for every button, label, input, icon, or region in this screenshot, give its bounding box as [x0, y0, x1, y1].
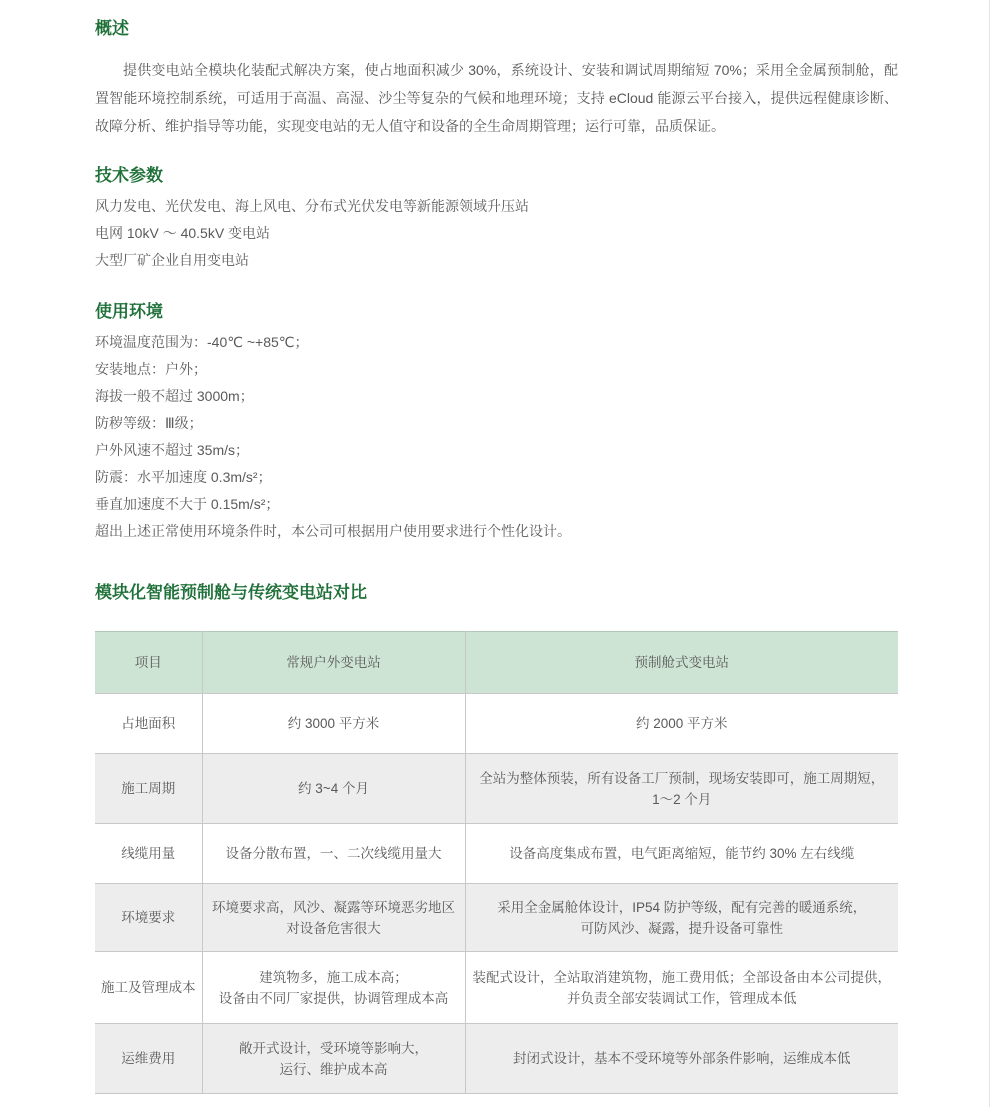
table-row-label: 线缆用量	[95, 824, 202, 884]
environment-line: 安装地点：户外；	[95, 356, 898, 383]
table-cell: 约 3000 平方米	[202, 694, 465, 754]
table-row-label: 施工及管理成本	[95, 952, 202, 1024]
overview-paragraph: 提供变电站全模块化装配式解决方案，使占地面积减少 30%，系统设计、安装和调试周…	[95, 56, 898, 140]
table-cell: 建筑物多，施工成本高； 设备由不同厂家提供，协调管理成本高	[202, 952, 465, 1024]
table-cell: 约 2000 平方米	[465, 694, 898, 754]
table-row: 占地面积 约 3000 平方米 约 2000 平方米	[95, 694, 898, 754]
table-cell: 装配式设计，全站取消建筑物，施工费用低；全部设备由本公司提供， 并负责全部安装调…	[465, 952, 898, 1024]
table-cell: 全站为整体预装，所有设备工厂预制，现场安装即可，施工周期短， 1～2 个月	[465, 754, 898, 824]
environment-list: 环境温度范围为：-40℃ ~+85℃； 安装地点：户外； 海拔一般不超过 300…	[95, 329, 898, 545]
table-cell: 约 3~4 个月	[202, 754, 465, 824]
table-row: 环境要求 环境要求高，风沙、凝露等环境恶劣地区 对设备危害很大 采用全金属舱体设…	[95, 884, 898, 952]
environment-line: 超出上述正常使用环境条件时，本公司可根据用户使用要求进行个性化设计。	[95, 518, 898, 545]
table-row-label: 环境要求	[95, 884, 202, 952]
environment-line: 海拔一般不超过 3000m；	[95, 383, 898, 410]
table-cell: 封闭式设计，基本不受环境等外部条件影响，运维成本低	[465, 1024, 898, 1094]
table-header-cell-conventional: 常规户外变电站	[202, 632, 465, 694]
table-cell: 采用全金属舱体设计，IP54 防护等级，配有完善的暖通系统， 可防风沙、凝露，提…	[465, 884, 898, 952]
tech-param-line: 风力发电、光伏发电、海上风电、分布式光伏发电等新能源领域升压站	[95, 193, 898, 220]
table-header-row: 项目 常规户外变电站 预制舱式变电站	[95, 632, 898, 694]
table-cell: 环境要求高，风沙、凝露等环境恶劣地区 对设备危害很大	[202, 884, 465, 952]
table-header-cell-item: 项目	[95, 632, 202, 694]
table-cell: 敞开式设计，受环境等影响大， 运行、维护成本高	[202, 1024, 465, 1094]
tech-param-line: 电网 10kV ～ 40.5kV 变电站	[95, 220, 898, 247]
environment-line: 户外风速不超过 35m/s；	[95, 437, 898, 464]
table-row-label: 运维费用	[95, 1024, 202, 1094]
section-title-tech-params: 技术参数	[95, 164, 898, 188]
page-right-border	[989, 0, 990, 1107]
document-body: 概述 提供变电站全模块化装配式解决方案，使占地面积减少 30%，系统设计、安装和…	[95, 0, 898, 1094]
table-header-cell-prefabricated: 预制舱式变电站	[465, 632, 898, 694]
environment-line: 环境温度范围为：-40℃ ~+85℃；	[95, 329, 898, 356]
table-row: 施工及管理成本 建筑物多，施工成本高； 设备由不同厂家提供，协调管理成本高 装配…	[95, 952, 898, 1024]
table-cell: 设备分散布置，一、二次线缆用量大	[202, 824, 465, 884]
comparison-table-body: 占地面积 约 3000 平方米 约 2000 平方米 施工周期 约 3~4 个月…	[95, 694, 898, 1094]
table-cell: 设备高度集成布置，电气距离缩短，能节约 30% 左右线缆	[465, 824, 898, 884]
table-row: 线缆用量 设备分散布置，一、二次线缆用量大 设备高度集成布置，电气距离缩短，能节…	[95, 824, 898, 884]
section-title-comparison: 模块化智能预制舱与传统变电站对比	[95, 581, 898, 605]
comparison-table-header: 项目 常规户外变电站 预制舱式变电站	[95, 632, 898, 694]
table-row-label: 占地面积	[95, 694, 202, 754]
environment-line: 防秽等级：Ⅲ级；	[95, 410, 898, 437]
environment-line: 垂直加速度不大于 0.15m/s²；	[95, 491, 898, 518]
table-row: 运维费用 敞开式设计，受环境等影响大， 运行、维护成本高 封闭式设计，基本不受环…	[95, 1024, 898, 1094]
environment-line: 防震：水平加速度 0.3m/s²；	[95, 464, 898, 491]
tech-param-line: 大型厂矿企业自用变电站	[95, 247, 898, 274]
comparison-table: 项目 常规户外变电站 预制舱式变电站 占地面积 约 3000 平方米 约 200…	[95, 631, 898, 1094]
section-title-overview: 概述	[95, 17, 898, 41]
section-title-environment: 使用环境	[95, 300, 898, 324]
table-row-label: 施工周期	[95, 754, 202, 824]
tech-params-list: 风力发电、光伏发电、海上风电、分布式光伏发电等新能源领域升压站 电网 10kV …	[95, 193, 898, 274]
table-row: 施工周期 约 3~4 个月 全站为整体预装，所有设备工厂预制，现场安装即可，施工…	[95, 754, 898, 824]
